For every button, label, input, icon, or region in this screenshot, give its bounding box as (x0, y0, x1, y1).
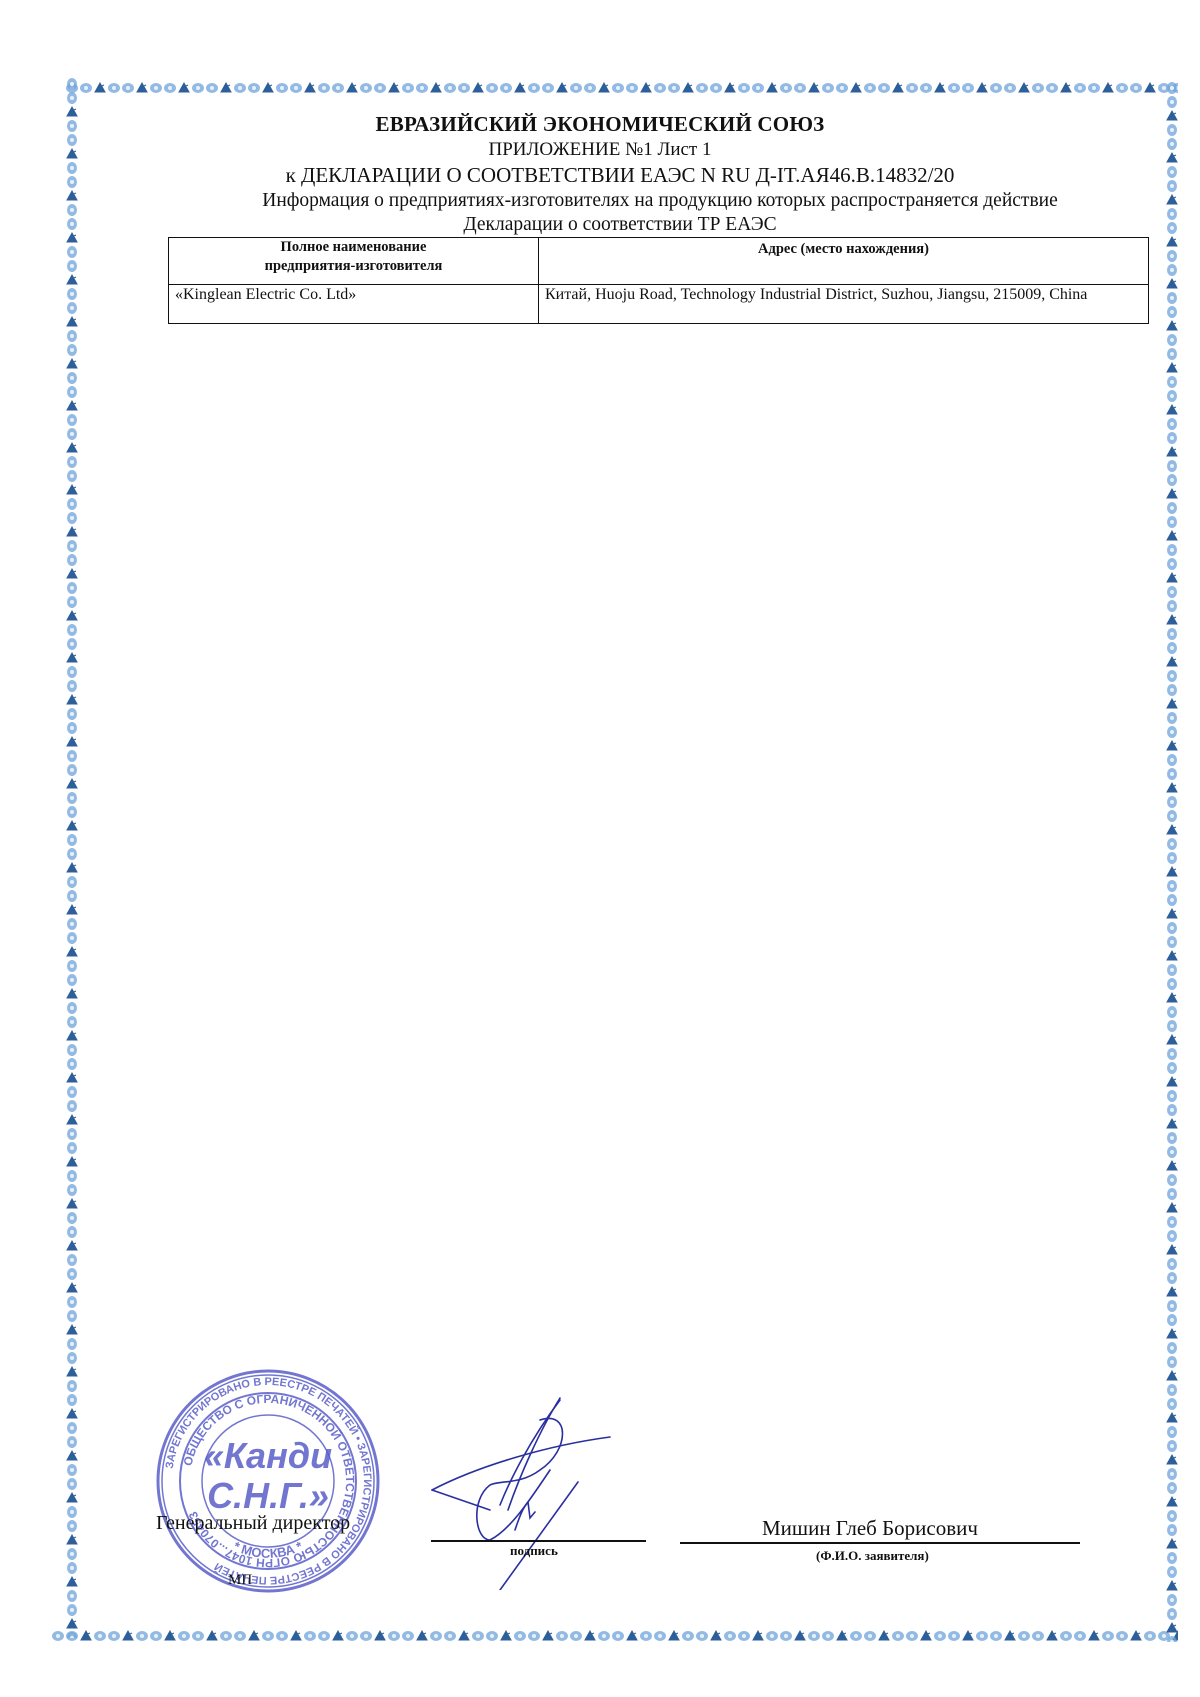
handwritten-signature (420, 1390, 680, 1590)
company-seal-stamp: ЗАРЕГИСТРИРОВАНО В РЕЕСТРЕ ПЕЧАТЕЙ • ЗАР… (155, 1368, 381, 1594)
decorative-border-bottom (52, 1626, 1178, 1646)
manufacturer-name-cell: «Kinglean Electric Co. Ltd» (169, 285, 539, 324)
decorative-border-right (1164, 82, 1180, 1642)
info-line-2: Декларации о соответствии ТР ЕАЭС (20, 214, 1200, 236)
appendix-label: ПРИЛОЖЕНИЕ №1 Лист 1 (0, 139, 1200, 161)
header-line: предприятия-изготовителя (175, 257, 532, 276)
column-header-name: Полное наименование предприятия-изготови… (169, 238, 539, 285)
signature-line (431, 1540, 646, 1542)
position-title: Генеральный директор (156, 1512, 350, 1535)
svg-text:«Канди: «Канди (204, 1435, 332, 1476)
info-line-1: Информация о предприятиях-изготовителях … (60, 190, 1200, 212)
declaration-reference: к ДЕКЛАРАЦИИ О СООТВЕТСТВИИ ЕАЭС N RU Д-… (20, 163, 1200, 188)
manufacturer-address-cell: Китай, Huoju Road, Technology Industrial… (539, 285, 1149, 324)
column-header-address: Адрес (место нахождения) (539, 238, 1149, 285)
applicant-name-line (680, 1542, 1080, 1544)
stamp-place-label: МП (228, 1572, 252, 1589)
decorative-border-left (64, 78, 80, 1638)
table-row: «Kinglean Electric Co. Ltd» Китай, Huoju… (169, 285, 1149, 324)
applicant-name: Мишин Глеб Борисович (762, 1516, 978, 1541)
applicant-label: (Ф.И.О. заявителя) (816, 1548, 929, 1564)
table-header-row: Полное наименование предприятия-изготови… (169, 238, 1149, 285)
manufacturer-table: Полное наименование предприятия-изготови… (168, 237, 1149, 324)
decorative-border-top (66, 78, 1178, 98)
document-title: ЕВРАЗИЙСКИЙ ЭКОНОМИЧЕСКИЙ СОЮЗ (0, 112, 1200, 137)
signature-label: подпись (510, 1543, 558, 1559)
svg-text:С.Н.Г.»: С.Н.Г.» (207, 1475, 329, 1516)
header-line: Полное наименование (175, 238, 532, 257)
